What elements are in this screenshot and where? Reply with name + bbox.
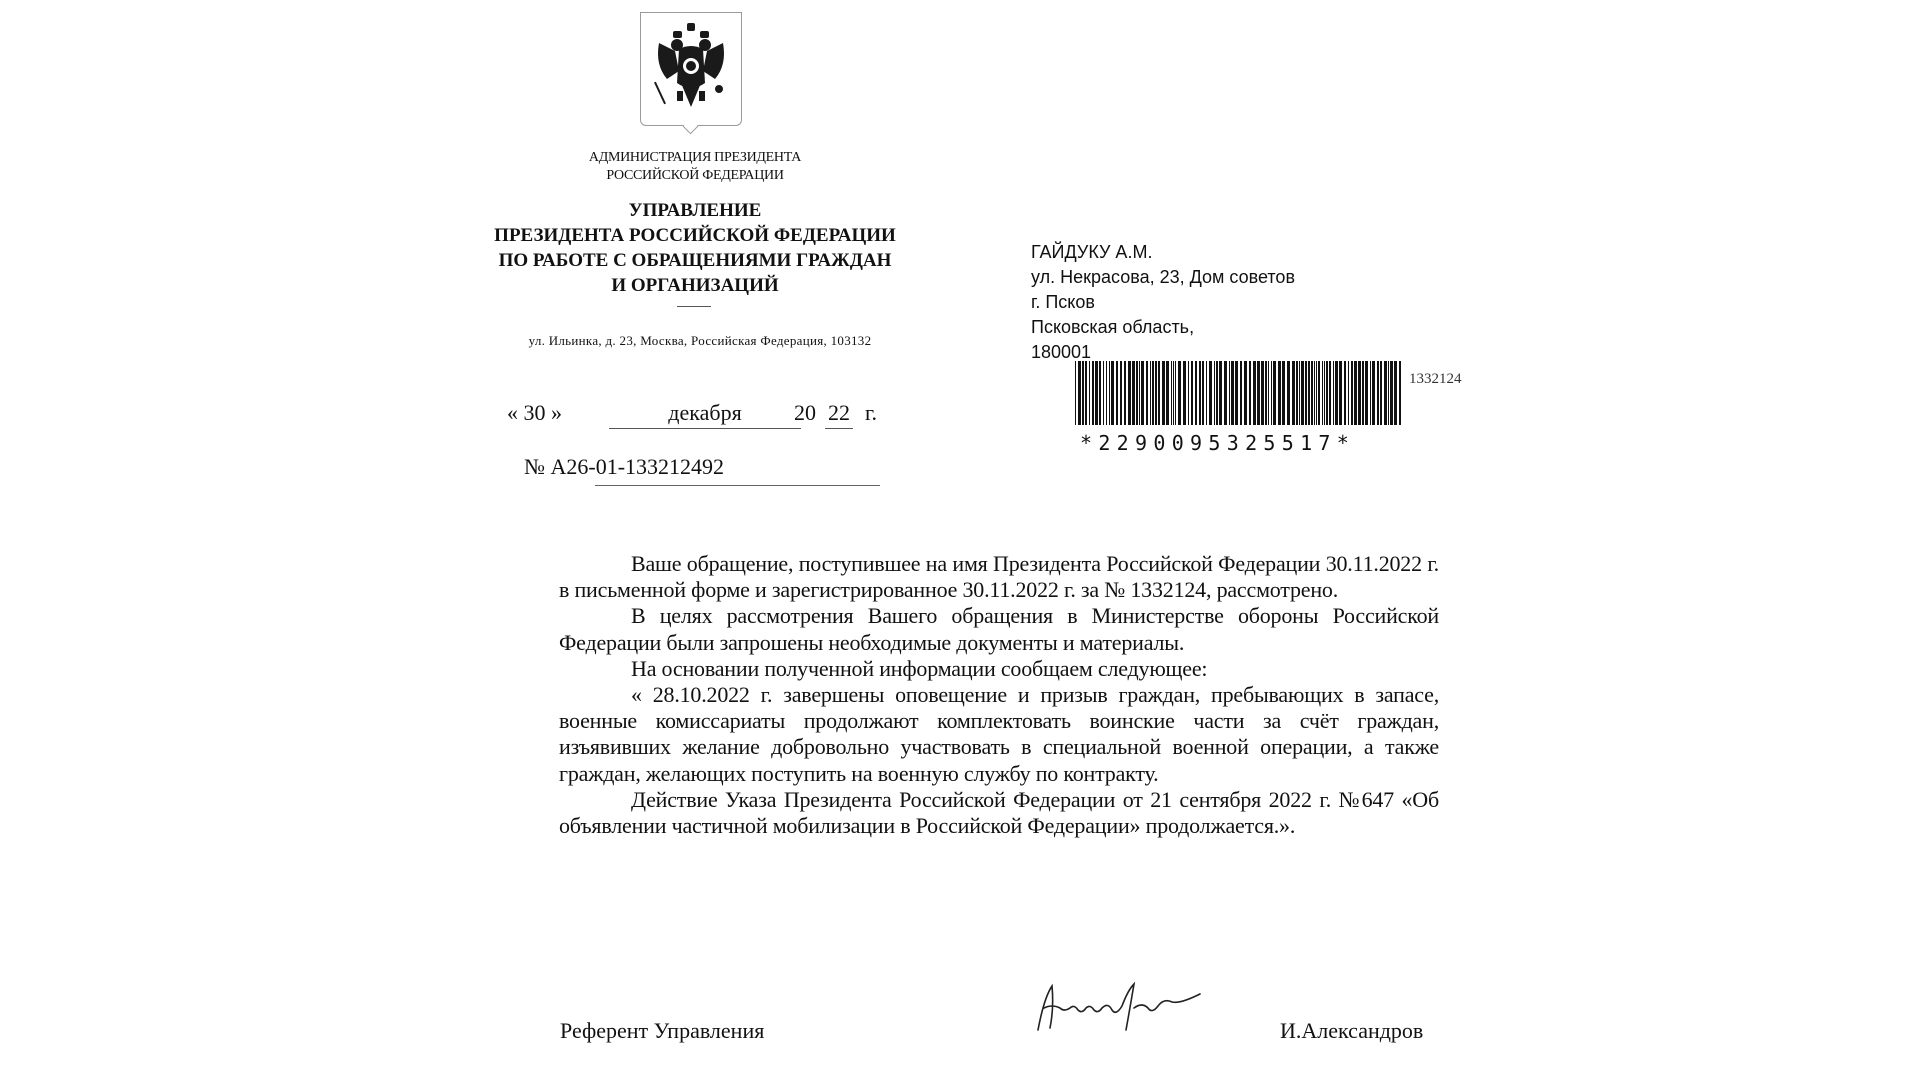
administration-title: АДМИНИСТРАЦИЯ ПРЕЗИДЕНТА РОССИЙСКОЙ ФЕДЕ… [560, 149, 830, 185]
department-title: УПРАВЛЕНИЕ ПРЕЗИДЕНТА РОССИЙСКОЙ ФЕДЕРАЦ… [470, 198, 920, 298]
barcode-icon [1075, 361, 1401, 425]
recipient-address-line: Псковская область, [1031, 315, 1295, 340]
date-month: декабря [609, 400, 801, 429]
department-line-4: И ОРГАНИЗАЦИЙ [470, 273, 920, 298]
paragraph: « 28.10.2022 г. завершены оповещение и п… [559, 682, 1439, 787]
barcode-value: *2290095325517* [1080, 431, 1355, 455]
date-year-prefix: 20 [794, 400, 816, 426]
emblem-frame [640, 12, 742, 126]
recipient-address-line: ул. Некрасова, 23, Дом советов [1031, 265, 1295, 290]
date-day: « 30 » [507, 400, 562, 426]
recipient-name: ГАЙДУКУ А.М. [1031, 240, 1295, 265]
document-number-underline [595, 485, 880, 486]
administration-line-2: РОССИЙСКОЙ ФЕДЕРАЦИИ [560, 167, 830, 185]
handwritten-signature-icon [1030, 978, 1210, 1038]
divider [677, 306, 711, 307]
date-suffix: г. [865, 400, 877, 426]
coat-of-arms-icon [653, 21, 729, 117]
signer-title: Референт Управления [560, 1018, 764, 1044]
registration-number: 1332124 [1409, 371, 1462, 388]
recipient-address-line: г. Псков [1031, 290, 1295, 315]
signer-name: И.Александров [1280, 1018, 1423, 1044]
paragraph: Действие Указа Президента Российской Фед… [559, 787, 1439, 839]
recipient-block: ГАЙДУКУ А.М. ул. Некрасова, 23, Дом сове… [1031, 240, 1295, 365]
administration-line-1: АДМИНИСТРАЦИЯ ПРЕЗИДЕНТА [560, 149, 830, 167]
department-line-3: ПО РАБОТЕ С ОБРАЩЕНИЯМИ ГРАЖДАН [470, 248, 920, 273]
paragraph: Ваше обращение, поступившее на имя Прези… [559, 551, 1439, 603]
letter-body: Ваше обращение, поступившее на имя Прези… [559, 551, 1439, 839]
paragraph: На основании полученной информации сообщ… [559, 656, 1439, 682]
paragraph: В целях рассмотрения Вашего обращения в … [559, 603, 1439, 655]
date-year: 22 [825, 400, 853, 429]
sender-address: ул. Ильинка, д. 23, Москва, Российская Ф… [480, 333, 920, 349]
document-number: № А26-01-133212492 [524, 454, 724, 480]
department-line-2: ПРЕЗИДЕНТА РОССИЙСКОЙ ФЕДЕРАЦИИ [470, 223, 920, 248]
department-line-1: УПРАВЛЕНИЕ [470, 198, 920, 223]
